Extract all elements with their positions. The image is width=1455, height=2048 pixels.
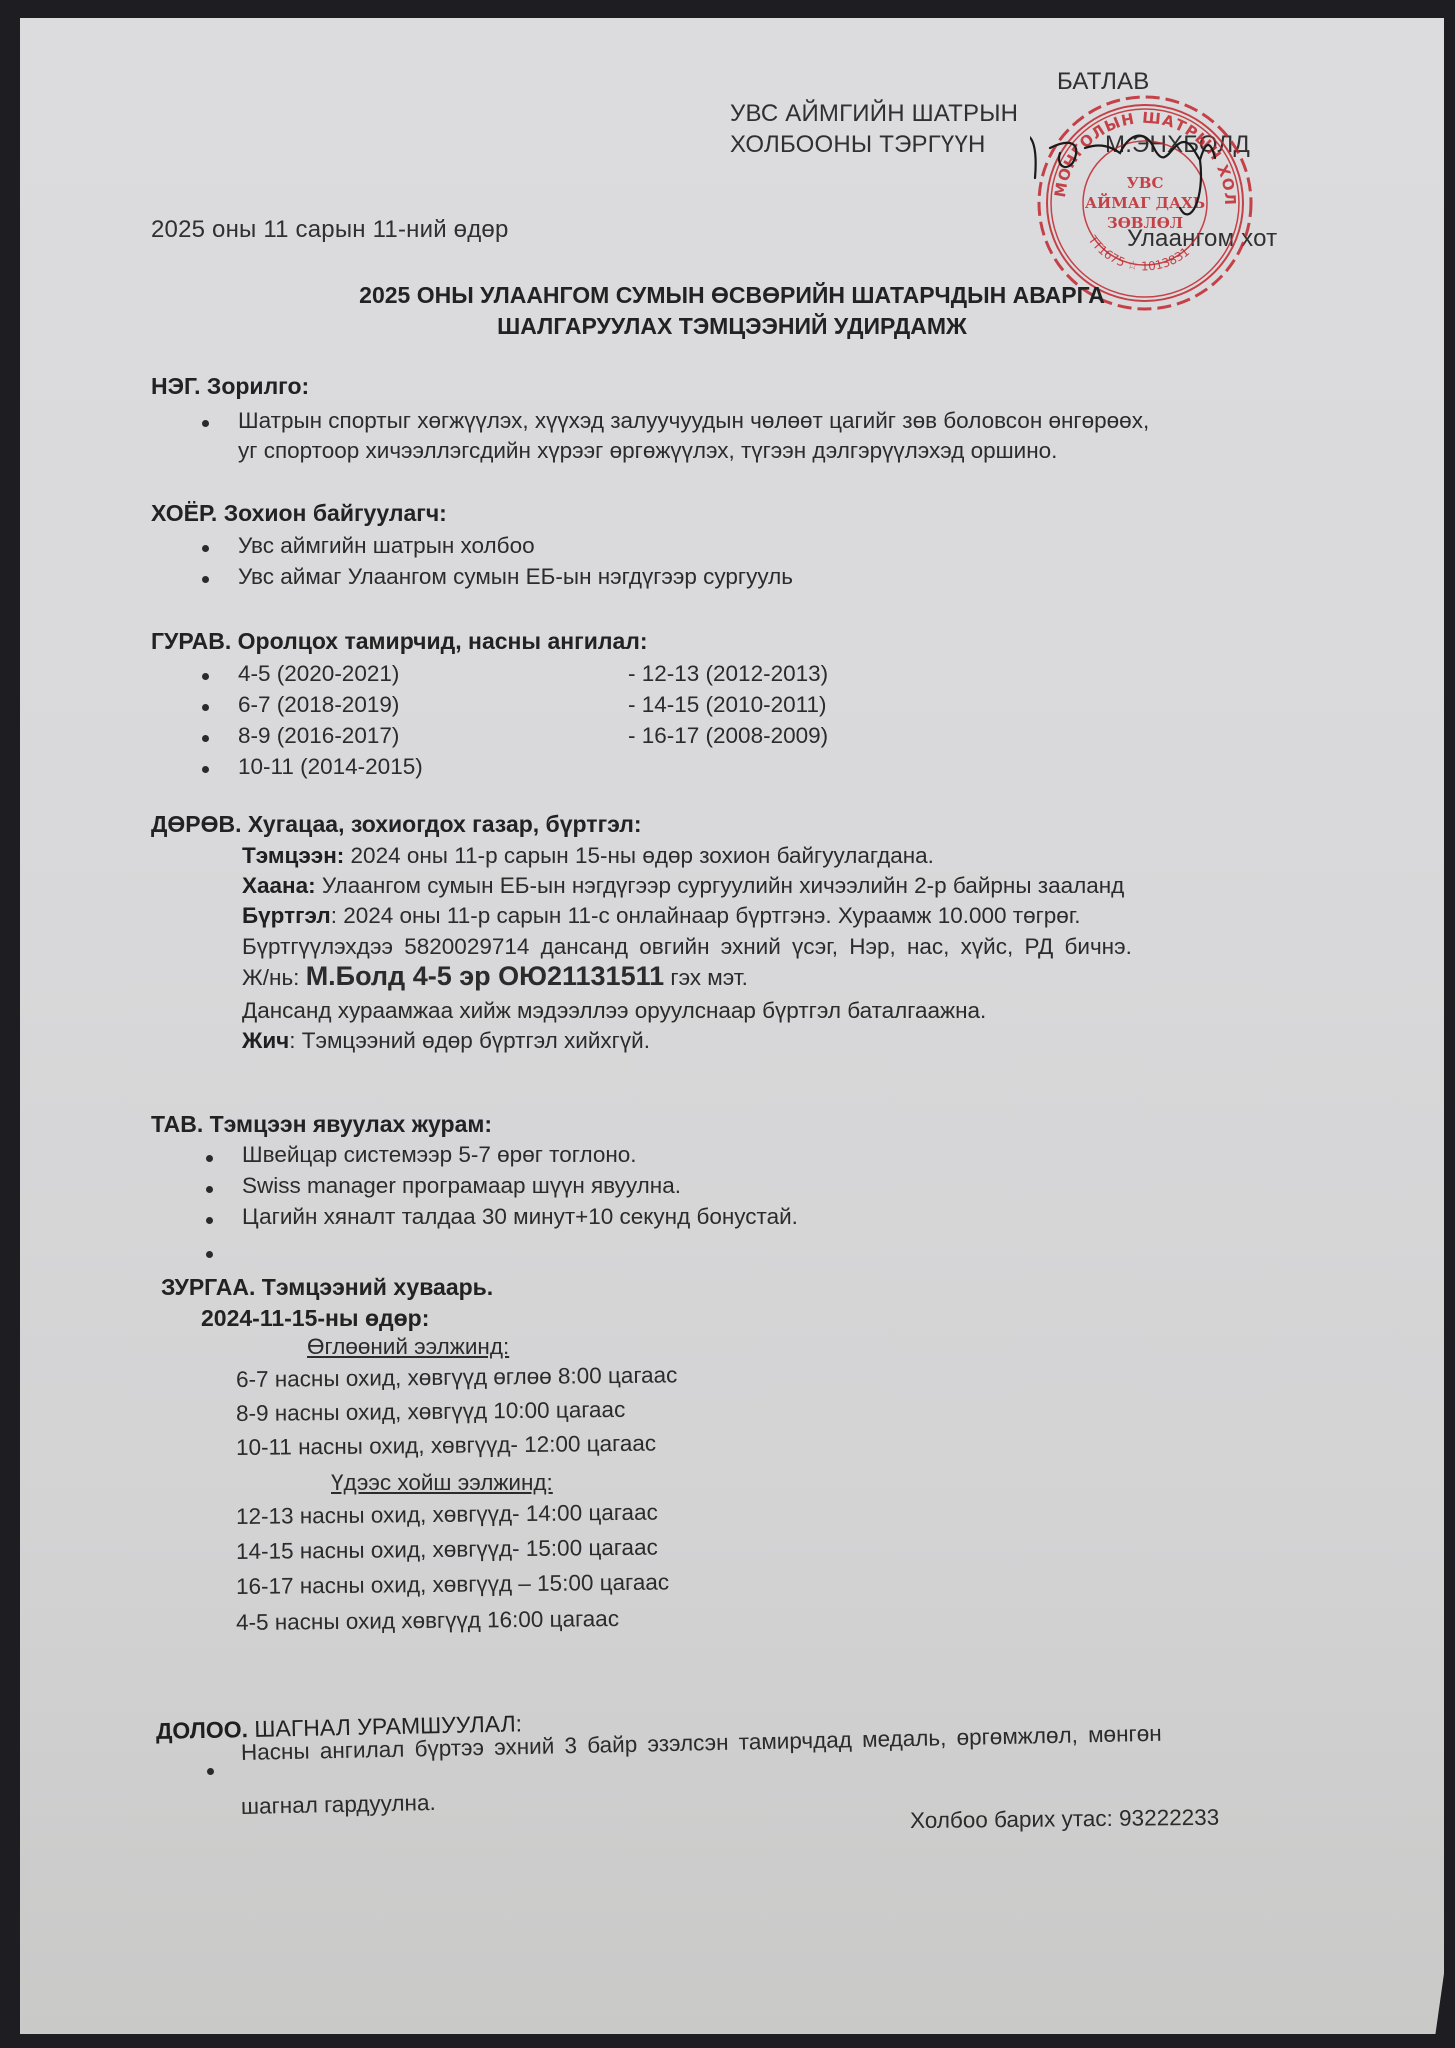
svg-text:УВС: УВС bbox=[1127, 174, 1164, 192]
rule-item: Швейцар системээр 5-7 өрөг тоглоно. bbox=[242, 1142, 637, 1168]
section-6-heading: ЗУРГАА. Тэмцээний хуваарь. bbox=[161, 1274, 493, 1301]
document-title-line-2: ШАЛГАРУУЛАХ ТЭМЦЭЭНИЙ УДИРДАМЖ bbox=[20, 313, 1444, 340]
bullet-icon bbox=[202, 735, 209, 742]
award-text-line-2: шагнал гардуулна. bbox=[241, 1790, 436, 1820]
schedule-item: 4-5 насны охид хөвгүүд 16:00 цагаас bbox=[236, 1606, 619, 1636]
registration-note: Жич: Тэмцээний өдөр бүртгэл хийхгүй. bbox=[242, 1028, 650, 1054]
org-line-1: УВС АЙМГИЙН ШАТРЫН bbox=[730, 100, 1018, 128]
section-4-heading: ДӨРӨВ. Хугацаа, зохиогдох газар, бүртгэл… bbox=[151, 811, 642, 838]
registration-line: Бүртгэл: 2024 оны 11-р сарын 11-с онлайн… bbox=[242, 903, 1081, 929]
registration-example: Ж/нь: М.Болд 4-5 эр ОЮ21131511 гэх мэт. bbox=[242, 961, 748, 992]
rule-item: Swiss manager програмаар шүүн явуулна. bbox=[242, 1173, 681, 1199]
organizer-1: Увс аймгийн шатрын холбоо bbox=[238, 533, 535, 559]
bullet-icon bbox=[202, 576, 209, 583]
age-category: - 12-13 (2012-2013) bbox=[628, 661, 828, 687]
schedule-item: 14-15 насны охид, хөвгүүд- 15:00 цагаас bbox=[236, 1535, 658, 1565]
schedule-item: 8-9 насны охид, хөвгүүд 10:00 цагаас bbox=[236, 1397, 626, 1427]
bullet-icon bbox=[206, 1217, 213, 1224]
schedule-item: 12-13 насны охид, хөвгүүд- 14:00 цагаас bbox=[236, 1500, 658, 1530]
afternoon-session-label: Үдээс хойш ээлжинд: bbox=[331, 1470, 553, 1496]
registration-detail: Бүртгүүлэхдээ 5820029714 дансанд овгийн … bbox=[242, 934, 1132, 960]
section-1-heading: НЭГ. Зорилго: bbox=[151, 373, 309, 400]
svg-text:АЙМАГ ДАХЬ: АЙМАГ ДАХЬ bbox=[1085, 193, 1205, 212]
rule-item: Цагийн хяналт талдаа 30 минут+10 секунд … bbox=[242, 1204, 798, 1230]
section-3-heading: ГУРАВ. Оролцох тамирчид, насны ангилал: bbox=[151, 628, 648, 655]
svg-text:ЗӨВЛӨЛ: ЗӨВЛӨЛ bbox=[1107, 214, 1183, 232]
schedule-item: 10-11 насны охид, хөвгүүд- 12:00 цагаас bbox=[236, 1431, 656, 1461]
schedule-item: 16-17 насны охид, хөвгүүд – 15:00 цагаас bbox=[236, 1569, 669, 1600]
schedule-date: 2024-11-15-ны өдөр: bbox=[201, 1305, 429, 1332]
organizer-2: Увс аймаг Улаангом сумын ЕБ-ын нэгдүгээр… bbox=[238, 564, 793, 590]
bullet-icon bbox=[202, 766, 209, 773]
org-line-2: ХОЛБООНЫ ТЭРГҮҮН bbox=[730, 131, 986, 159]
bullet-icon bbox=[202, 420, 209, 427]
bullet-icon bbox=[206, 1251, 213, 1258]
document-page: БАТЛАВ УВС АЙМГИЙН ШАТРЫН ХОЛБООНЫ ТЭРГҮ… bbox=[20, 18, 1444, 2034]
age-category: - 14-15 (2010-2011) bbox=[628, 692, 826, 718]
bullet-icon bbox=[202, 673, 209, 680]
event-date-line: Тэмцээн: 2024 оны 11-р сарын 15-ны өдөр … bbox=[242, 843, 934, 869]
morning-session-label: Өглөөний ээлжинд: bbox=[307, 1334, 509, 1360]
registration-confirm: Дансанд хураамжаа хийж мэдээллээ оруулсн… bbox=[242, 998, 986, 1024]
section-1-text-line-1: Шатрын спортыг хөгжүүлэх, хүүхэд залуучу… bbox=[238, 408, 1149, 434]
age-category: 6-7 (2018-2019) bbox=[238, 692, 399, 718]
document-date: 2025 оны 11 сарын 11-ний өдөр bbox=[151, 216, 509, 244]
age-category: - 16-17 (2008-2009) bbox=[628, 723, 828, 749]
bullet-icon bbox=[207, 1768, 214, 1775]
section-2-heading: ХОЁР. Зохион байгуулагч: bbox=[151, 500, 447, 527]
bullet-icon bbox=[202, 545, 209, 552]
venue-line: Хаана: Улаангом сумын ЕБ-ын нэгдүгээр су… bbox=[242, 873, 1124, 899]
age-category: 8-9 (2016-2017) bbox=[238, 723, 399, 749]
bullet-icon bbox=[202, 704, 209, 711]
bullet-icon bbox=[206, 1155, 213, 1162]
section-1-text-line-2: уг спортоор хичээллэгсдийн хүрээг өргөжү… bbox=[238, 438, 1057, 464]
section-5-heading: ТАВ. Тэмцээн явуулах журам: bbox=[151, 1111, 492, 1138]
svg-text:ТТ1675 ☆ 1013831: ТТ1675 ☆ 1013831 bbox=[1085, 232, 1192, 273]
age-category: 4-5 (2020-2021) bbox=[238, 661, 399, 687]
contact-phone: Холбоо барих утас: 93222233 bbox=[910, 1805, 1219, 1834]
schedule-item: 6-7 насны охид, хөвгүүд өглөө 8:00 цагаа… bbox=[236, 1362, 678, 1393]
age-category: 10-11 (2014-2015) bbox=[238, 754, 423, 780]
document-title-line-1: 2025 ОНЫ УЛААНГОМ СУМЫН ӨСВӨРИЙН ШАТАРЧД… bbox=[20, 282, 1444, 309]
bullet-icon bbox=[206, 1186, 213, 1193]
